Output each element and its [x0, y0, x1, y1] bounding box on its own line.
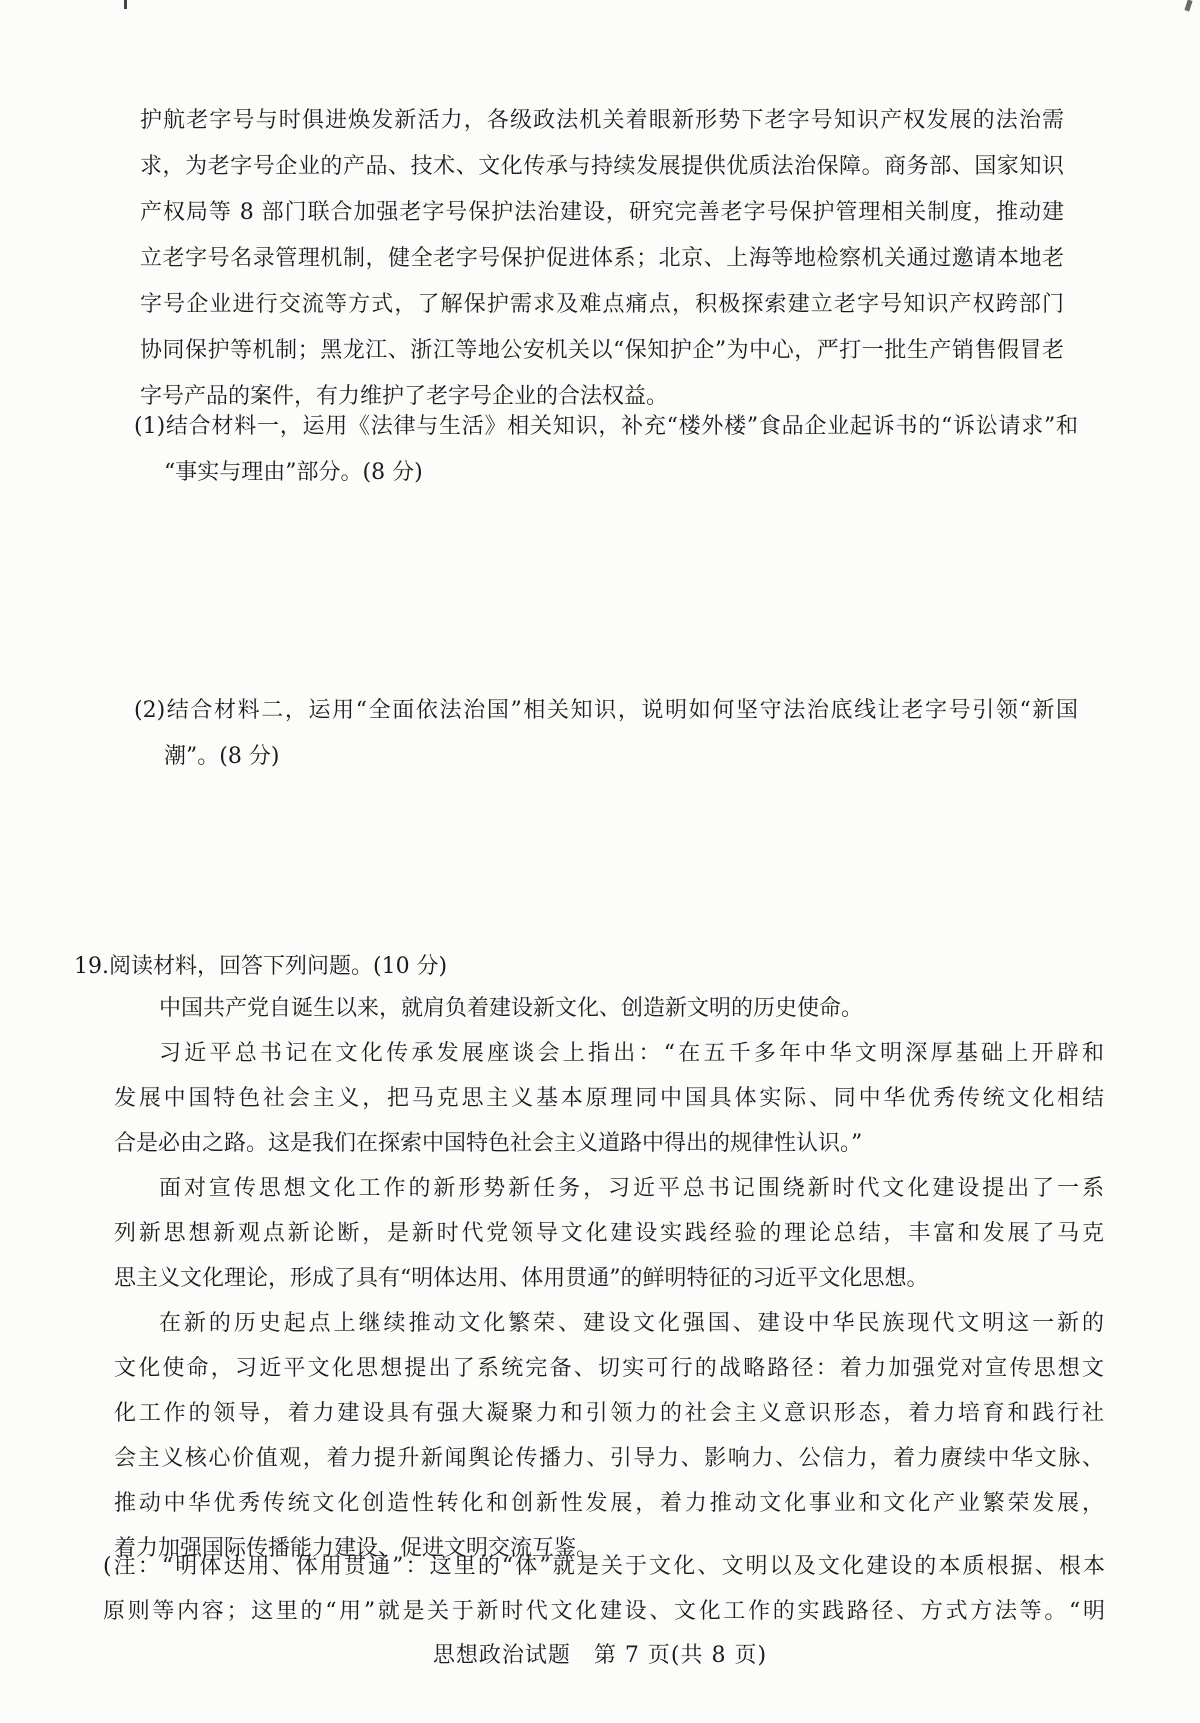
footnote-line: (注：“明体达用、体用贯通”：这里的“体”就是关于文化、文明以及文化建设的本质根…	[103, 1544, 1105, 1589]
question-19-footnote: (注：“明体达用、体用贯通”：这里的“体”就是关于文化、文明以及文化建设的本质根…	[103, 1544, 1105, 1634]
text-line: 求，为老字号企业的产品、技术、文化传承与持续发展提供优质法治保障。商务部、国家知…	[140, 144, 1064, 190]
footnote-line: 原则等内容；这里的“用”就是关于新时代文化建设、文化工作的实践路径、方式方法等。…	[103, 1589, 1105, 1634]
material-one-paragraph: 护航老字号与时俱进焕发新活力，各级政法机关着眼新形势下老字号知识产权发展的法治需…	[140, 98, 1064, 420]
question-1-line: “事实与理由”部分。(8 分)	[134, 450, 1078, 496]
text-line: 推动中华优秀传统文化创造性转化和创新性发展，着力推动文化事业和文化产业繁荣发展，	[114, 1481, 1104, 1526]
text-line: 列新思想新观点新论断，是新时代党领导文化建设实践经验的理论总结，丰富和发展了马克	[114, 1211, 1104, 1256]
text-line: 产权局等 8 部门联合加强老字号保护法治建设，研究完善老字号保护管理相关制度，推…	[140, 190, 1064, 236]
question-2-line: (2)结合材料二，运用“全面依法治国”相关知识，说明如何坚守法治底线让老字号引领…	[134, 688, 1078, 734]
text-line: 发展中国特色社会主义，把马克思主义基本原理同中国具体实际、同中华优秀传统文化相结	[114, 1076, 1104, 1121]
text-line: 文化使命，习近平文化思想提出了系统完备、切实可行的战略路径：着力加强党对宣传思想…	[114, 1346, 1104, 1391]
question-1-line: (1)结合材料一，运用《法律与生活》相关知识，补充“楼外楼”食品企业起诉书的“诉…	[134, 404, 1078, 450]
text-line: 习近平总书记在文化传承发展座谈会上指出：“在五千多年中华文明深厚基础上开辟和	[114, 1031, 1104, 1076]
text-line: 字号企业进行交流等方式，了解保护需求及难点痛点，积极探索建立老字号知识产权跨部门	[140, 282, 1064, 328]
page-footer: 思想政治试题 第 7 页(共 8 页)	[0, 1636, 1200, 1676]
text-line: 立老字号名录管理机制，健全老字号保护促进体系；北京、上海等地检察机关通过邀请本地…	[140, 236, 1064, 282]
text-line: 在新的历史起点上继续推动文化繁荣、建设文化强国、建设中华民族现代文明这一新的	[114, 1301, 1104, 1346]
text-line: 护航老字号与时俱进焕发新活力，各级政法机关着眼新形势下老字号知识产权发展的法治需	[140, 98, 1064, 144]
scan-artifact-mark	[1184, 0, 1192, 12]
question-2-line: 潮”。(8 分)	[134, 734, 1078, 780]
exam-page: 护航老字号与时俱进焕发新活力，各级政法机关着眼新形势下老字号知识产权发展的法治需…	[0, 0, 1200, 1723]
question-1: (1)结合材料一，运用《法律与生活》相关知识，补充“楼外楼”食品企业起诉书的“诉…	[134, 404, 1078, 496]
text-line: 思主义文化理论，形成了具有“明体达用、体用贯通”的鲜明特征的习近平文化思想。	[114, 1256, 1104, 1301]
question-19-material: 中国共产党自诞生以来，就肩负着建设新文化、创造新文明的历史使命。 习近平总书记在…	[114, 986, 1104, 1571]
question-2: (2)结合材料二，运用“全面依法治国”相关知识，说明如何坚守法治底线让老字号引领…	[134, 688, 1078, 780]
question-19-heading: 19.阅读材料，回答下列问题。(10 分)	[74, 944, 674, 990]
text-line: 协同保护等机制；黑龙江、浙江等地公安机关以“保知护企”为中心，严打一批生产销售假…	[140, 328, 1064, 374]
scan-artifact-mark	[124, 0, 127, 9]
question-19-heading-text: 19.阅读材料，回答下列问题。(10 分)	[74, 944, 674, 990]
text-line: 合是必由之路。这是我们在探索中国特色社会主义道路中得出的规律性认识。”	[114, 1121, 1104, 1166]
text-line: 会主义核心价值观，着力提升新闻舆论传播力、引导力、影响力、公信力，着力赓续中华文…	[114, 1436, 1104, 1481]
text-line: 化工作的领导，着力建设具有强大凝聚力和引领力的社会主义意识形态，着力培育和践行社	[114, 1391, 1104, 1436]
text-line: 中国共产党自诞生以来，就肩负着建设新文化、创造新文明的历史使命。	[114, 986, 1104, 1031]
text-line: 面对宣传思想文化工作的新形势新任务，习近平总书记围绕新时代文化建设提出了一系	[114, 1166, 1104, 1211]
